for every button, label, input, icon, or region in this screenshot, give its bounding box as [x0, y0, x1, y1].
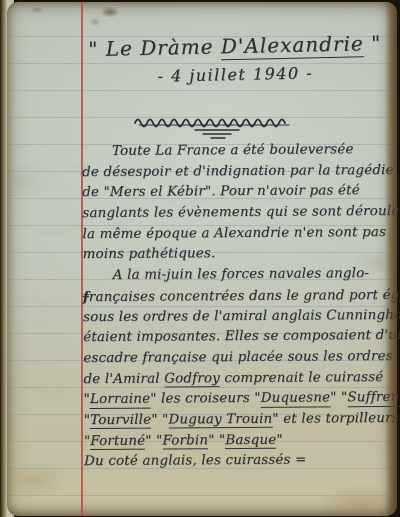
manuscript-line: sanglants les évènements qui se sont dér…: [82, 202, 398, 225]
text-segment: ": [276, 432, 282, 447]
underlined-text: Duguay Trouin: [168, 412, 272, 429]
manuscript-line: Toute La France a été bouleversée: [82, 140, 398, 163]
underlined-text: Godfroy: [164, 371, 220, 388]
manuscript-line: A la mi-juin les forces navales anglo-: [83, 264, 399, 287]
text-segment: ": [363, 31, 381, 55]
text-segment: " ": [145, 433, 162, 448]
text-segment: sous les ordres de l'amiral anglais Cunn…: [83, 307, 400, 324]
text-segment: A la mi-juin les forces navales anglo-: [113, 266, 369, 283]
text-segment: Toute La France a été bouleversée: [112, 142, 354, 159]
underlined-text: Fortuné: [90, 433, 145, 450]
text-segment: " Le Dràme: [88, 34, 221, 61]
manuscript-line: françaises concentrées dans le grand por…: [83, 285, 399, 308]
text-segment: de "Mers el Kébir". Pour n'avoir pas été: [82, 184, 360, 201]
manuscript-line: Du coté anglais, les cuirassés =: [84, 450, 400, 473]
underlined-text: Forbin: [162, 433, 208, 450]
text-segment: " les croiseurs ": [150, 391, 261, 407]
text-segment: sanglants les évènements qui se sont dér…: [82, 204, 400, 221]
notebook-page: " Le Dràme D'Alexandrie " - 4 juillet 19…: [7, 2, 397, 516]
page-edge-right: [385, 2, 397, 516]
manuscript-line: sous les ordres de l'amiral anglais Cunn…: [83, 305, 399, 328]
text-segment: " et les torpilleurs: [272, 411, 399, 427]
text-segment: " ": [330, 391, 347, 406]
text-segment: étaient imposantes. Elles se composaient…: [83, 328, 400, 345]
manuscript-line: de l'Amiral Godfroy comprenait le cuiras…: [83, 367, 399, 390]
text-segment: rançaises concentrées dans le grand port…: [89, 287, 400, 304]
text-segment: de l'Amiral: [83, 371, 164, 387]
manuscript-line: escadre française qui placée sous les or…: [83, 347, 399, 370]
manuscript-line: moins pathétiques.: [83, 243, 399, 266]
underlined-text: Lorraine: [90, 392, 150, 409]
title-block: " Le Dràme D'Alexandrie " - 4 juillet 19…: [87, 31, 384, 87]
text-segment: moins pathétiques.: [83, 247, 216, 263]
text-segment: " ": [208, 433, 225, 448]
underlined-text: Tourville: [90, 413, 151, 430]
manuscript-line: étaient imposantes. Elles se composaient…: [83, 326, 399, 349]
manuscript-line: de "Mers el Kébir". Pour n'avoir pas été: [82, 181, 398, 204]
underlined-text: Duquesne: [261, 391, 331, 408]
manuscript-line: de désespoir et d'indignation par la tra…: [82, 161, 398, 184]
manuscript-line: "Lorraine" les croiseurs "Duquesne" "Suf…: [84, 388, 400, 411]
text-segment: de désespoir et d'indignation par la tra…: [82, 163, 394, 180]
text-segment: la même époque a Alexandrie n'en sont pa…: [82, 225, 386, 242]
underlined-text: Basque: [225, 432, 276, 449]
manuscript-line: "Fortuné" "Forbin" "Basque": [84, 430, 400, 453]
text-segment: comprenait le cuirassé: [220, 370, 384, 386]
text-segment: Du coté anglais, les cuirassés =: [84, 453, 307, 470]
divider-flourish-icon: [133, 114, 301, 140]
page-title: " Le Dràme D'Alexandrie ": [87, 31, 383, 61]
manuscript-body: Toute La France a été bouleverséede dése…: [82, 140, 400, 473]
manuscript-line: la même époque a Alexandrie n'en sont pa…: [82, 223, 398, 246]
text-segment: escadre française qui placée sous les or…: [83, 349, 393, 366]
text-segment: " ": [151, 412, 168, 427]
manuscript-line: "Tourville" "Duguay Trouin" et les torpi…: [84, 409, 400, 432]
date-line: - 4 juillet 1940 -: [87, 62, 383, 87]
underlined-text: D'Alexandrie: [221, 31, 364, 59]
photo-background: " Le Dràme D'Alexandrie " - 4 juillet 19…: [0, 0, 400, 517]
